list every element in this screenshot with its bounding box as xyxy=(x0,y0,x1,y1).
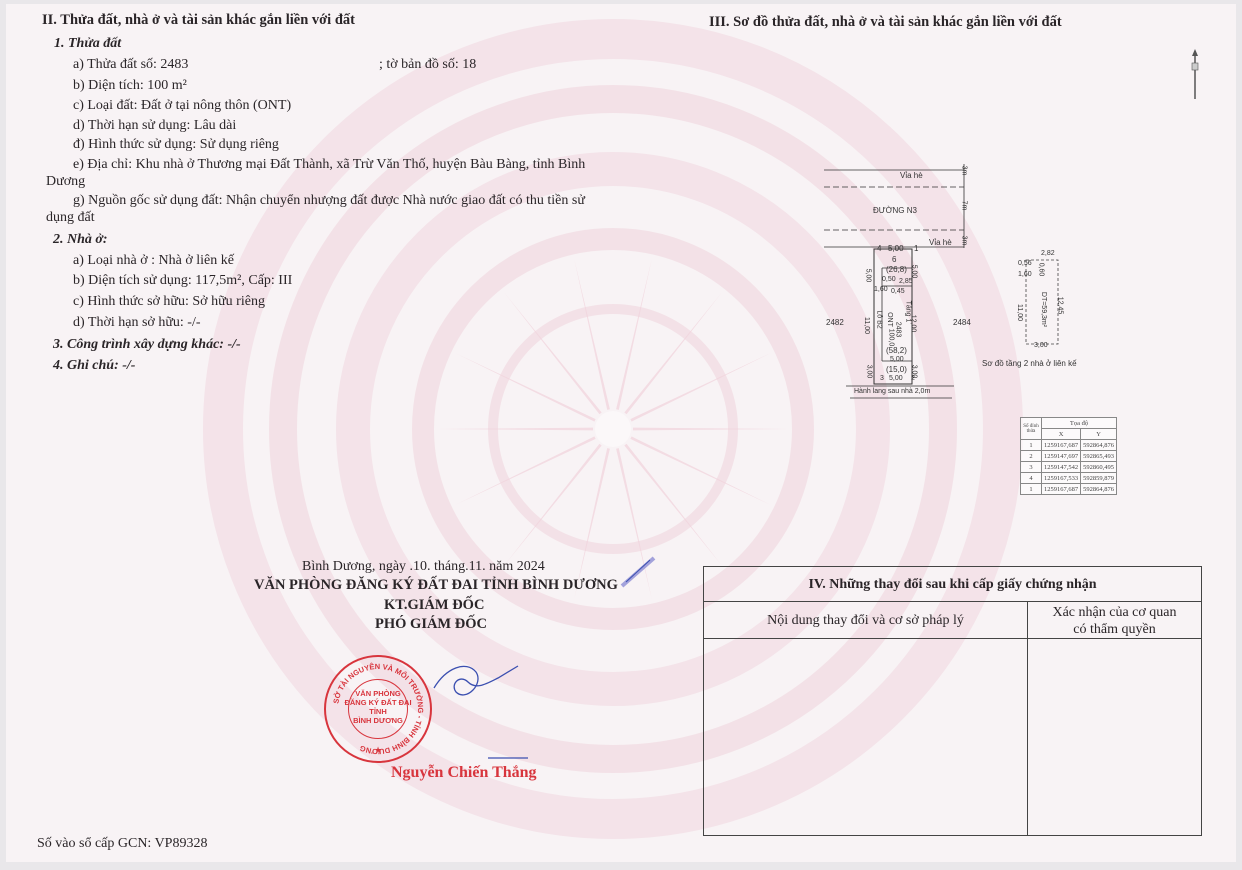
dim-285: 2,85 xyxy=(899,278,913,285)
other-works: 3. Công trình xây dựng khác: -/- xyxy=(53,337,241,353)
origin-line2: dụng đất xyxy=(46,210,95,226)
dim-500-right: 5,00 xyxy=(910,265,917,279)
land-heading: 1. Thửa đất xyxy=(54,36,121,52)
stamp-line1: VĂN PHÒNG xyxy=(326,689,430,698)
land-code: ONT xyxy=(886,312,893,327)
issuing-office: VĂN PHÒNG ĐĂNG KÝ ĐẤT ĐAI TỈNH BÌNH DƯƠN… xyxy=(254,577,618,594)
floor2-diagram xyxy=(1018,254,1088,349)
parcel-marker: 6 xyxy=(892,255,896,264)
col-confirm-line2: có thẩm quyền xyxy=(1028,621,1201,638)
notes: 4. Ghi chú: -/- xyxy=(53,358,135,374)
section2-title: II. Thửa đất, nhà ở và tài sản khác gắn … xyxy=(42,12,355,29)
on-behalf-title: KT.GIÁM ĐỐC xyxy=(384,597,484,614)
land-area: b) Diện tích: 100 m² xyxy=(73,78,187,94)
svg-text:★: ★ xyxy=(374,745,382,755)
land-use-form: đ) Hình thức sử dụng: Sử dụng riêng xyxy=(73,137,279,153)
address-line2: Dương xyxy=(46,174,85,190)
stamp-line4: BÌNH DƯƠNG xyxy=(326,716,430,725)
col-confirm-line1: Xác nhận của cơ quan xyxy=(1028,604,1201,621)
dim-500-left: 5,00 xyxy=(864,269,871,283)
dim-1200: 12,00 xyxy=(909,315,916,333)
dim-300-left: 3,00 xyxy=(865,365,872,379)
initials-icon xyxy=(618,554,658,590)
stamp-line2: ĐĂNG KÝ ĐẤT ĐAI xyxy=(326,698,430,707)
dim-160: 1,60 xyxy=(874,286,888,293)
land-term: d) Thời hạn sử dụng: Lâu dài xyxy=(73,118,236,134)
neighbor-right: 2484 xyxy=(953,318,971,327)
signer-name: Nguyễn Chiến Thắng xyxy=(391,764,537,782)
land-type: c) Loại đất: Đất ở tại nông thôn (ONT) xyxy=(73,98,291,114)
area-mid: (58,2) xyxy=(886,346,907,355)
col-point-header: Số đỉnh thửa xyxy=(1021,418,1042,440)
corner-1: 1 xyxy=(914,244,918,253)
table-row: 41259167,533592859,879 xyxy=(1021,473,1117,484)
section3-title: III. Sơ đồ thửa đất, nhà ở và tài sản kh… xyxy=(709,14,1062,31)
corner-3: 3 xyxy=(880,375,884,382)
coordinate-table: Số đỉnh thửa Tọa độ X Y 11259167,6875928… xyxy=(1020,417,1117,495)
house-heading: 2. Nhà ở: xyxy=(53,232,108,248)
col-change-content: Nội dung thay đổi và cơ sở pháp lý xyxy=(704,602,1028,639)
north-arrow-icon xyxy=(1189,49,1201,101)
house-code: Lô B2 xyxy=(876,310,883,328)
dim-1100: 11,00 xyxy=(863,317,870,334)
table-row: 11259167,687592864,876 xyxy=(1021,440,1117,451)
corner-2: 2 xyxy=(911,375,915,382)
certificate-page: II. Thửa đất, nhà ở và tài sản khác gắn … xyxy=(6,4,1236,862)
table-row: 31259147,542592860,495 xyxy=(1021,462,1117,473)
authority-confirmation-cell xyxy=(1028,639,1201,835)
address-line1: e) Địa chỉ: Khu nhà ở Thương mại Đất Thà… xyxy=(73,157,585,173)
floor2-dim-300: 3,00 xyxy=(1034,342,1048,349)
official-stamp: SỞ TÀI NGUYÊN VÀ MÔI TRƯỜNG - TỈNH BÌNH … xyxy=(324,655,432,763)
col-x-header: X xyxy=(1042,429,1081,440)
parcel-code: 2483 xyxy=(894,322,901,338)
floor2-dim-160: 1,60 xyxy=(1018,271,1032,278)
area-back: (15,0) xyxy=(886,365,907,374)
floor2-dim-1100: 11,00 xyxy=(1016,304,1023,321)
floor2-dim-1245: 12,45 xyxy=(1056,297,1063,315)
stamp-line3: TỈNH xyxy=(326,707,430,716)
front-width: 5,00 xyxy=(888,244,904,253)
floor2-area: DT=59,3m² xyxy=(1040,292,1047,327)
road-label: ĐƯỜNG N3 xyxy=(873,206,917,215)
parcel-area: 100,0 xyxy=(887,329,894,347)
dim-sidewalk-bottom: 3m xyxy=(960,236,967,246)
parcel-number: a) Thửa đất số: 2483 xyxy=(73,57,188,73)
place-date: Bình Dương, ngày .10. tháng.11. năm 2024 xyxy=(302,559,545,575)
dim-road: 7m xyxy=(960,201,967,211)
house-type: a) Loại nhà ở : Nhà ở liên kế xyxy=(73,253,234,269)
sidewalk-top-label: Vỉa hè xyxy=(900,171,923,180)
register-number: Số vào sổ cấp GCN: VP89328 xyxy=(37,836,207,852)
signature-icon xyxy=(426,654,536,764)
corner-4: 4 xyxy=(877,244,881,253)
changes-table: IV. Những thay đổi sau khi cấp giấy chứn… xyxy=(703,566,1202,836)
rear-corridor-note: Hành lang sau nhà 2,0m xyxy=(854,388,930,395)
map-sheet-number: ; tờ bản đồ số: 18 xyxy=(379,57,476,73)
section4-title: IV. Những thay đổi sau khi cấp giấy chứn… xyxy=(704,567,1201,602)
floor2-dim-282: 2,82 xyxy=(1041,250,1055,257)
change-content-cell xyxy=(704,639,1028,835)
house-ownership-term: d) Thời hạn sở hữu: -/- xyxy=(73,315,201,331)
col-coords-header: Tọa độ xyxy=(1042,418,1117,429)
sidewalk-bottom-label: Vỉa hè xyxy=(929,238,952,247)
col-authority-confirmation: Xác nhận của cơ quan có thẩm quyền xyxy=(1028,602,1201,639)
neighbor-left: 2482 xyxy=(826,318,844,327)
table-row: 11259167,687592864,876 xyxy=(1021,484,1117,495)
dim-sidewalk-top: 3m xyxy=(960,166,967,176)
deputy-title: PHÓ GIÁM ĐỐC xyxy=(375,616,487,633)
dim-045: 0,45 xyxy=(891,288,905,295)
house-ownership-form: c) Hình thức sở hữu: Sở hữu riêng xyxy=(73,294,265,310)
area-front: (26,8) xyxy=(886,265,907,274)
mid-width: 5,00 xyxy=(890,356,904,363)
floor2-dim-056: 0,56 xyxy=(1018,260,1032,267)
floor2-dim-060: 0,60 xyxy=(1037,263,1044,277)
dim-050: 0,50 xyxy=(882,276,896,283)
house-floor-area: b) Diện tích sử dụng: 117,5m², Cấp: III xyxy=(73,273,292,289)
col-y-header: Y xyxy=(1081,429,1117,440)
origin-line1: g) Nguồn gốc sử dụng đất: Nhận chuyển nh… xyxy=(73,193,585,209)
table-row: 21259147,697592865,493 xyxy=(1021,451,1117,462)
back-width: 5,00 xyxy=(889,375,903,382)
floor2-caption: Sơ đồ tầng 2 nhà ở liên kế xyxy=(982,359,1077,368)
